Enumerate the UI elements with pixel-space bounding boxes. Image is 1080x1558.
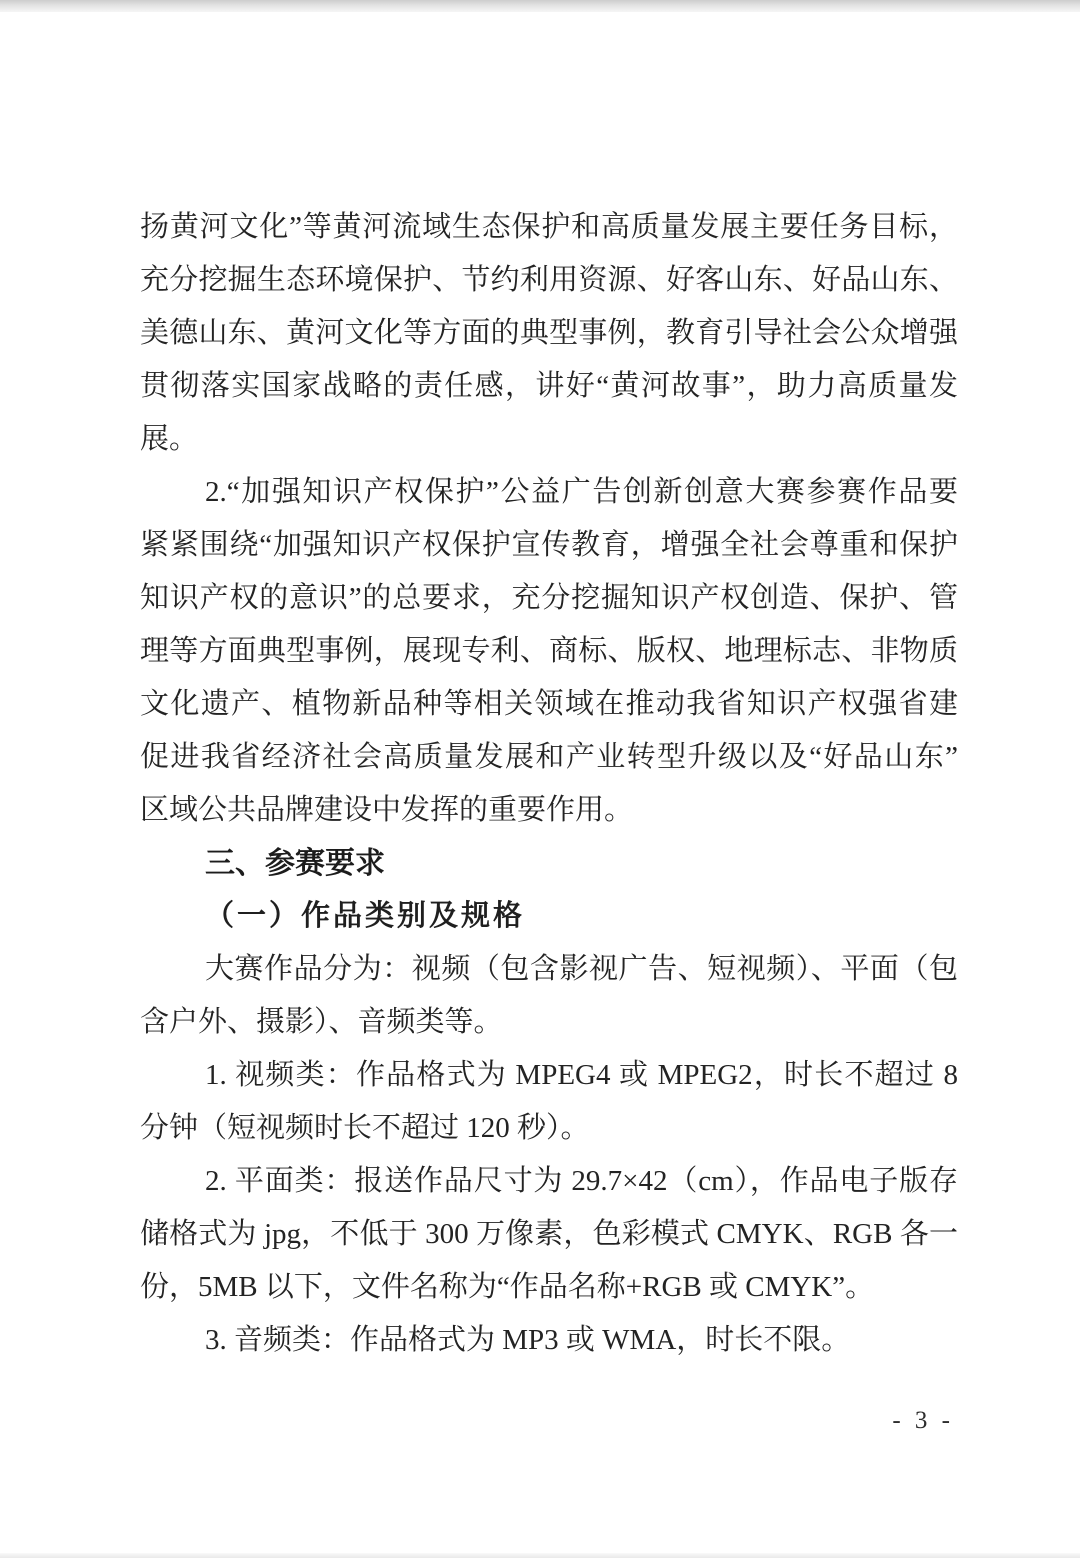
document-line: 促进我省经济社会高质量发展和产业转型升级以及“好品山东” [140,731,958,784]
document-line: 储格式为 jpg，不低于 300 万像素，色彩模式 CMYK、RGB 各一 [140,1208,958,1261]
document-line: 2.“加强知识产权保护”公益广告创新创意大赛参赛作品要 [140,466,958,519]
document-line: 知识产权的意识”的总要求，充分挖掘知识产权创造、保护、管 [140,572,958,625]
document-line: 份，5MB 以下，文件名称为“作品名称+RGB 或 CMYK”。 [140,1261,958,1314]
document-line: 3. 音频类：作品格式为 MP3 或 WMA，时长不限。 [140,1314,958,1367]
document-line: 文化遗产、植物新品种等相关领域在推动我省知识产权强省建设， [140,678,958,731]
document-line: 贯彻落实国家战略的责任感，讲好“黄河故事”，助力高质量发 [140,360,958,413]
document-line: 扬黄河文化”等黄河流域生态保护和高质量发展主要任务目标， [140,201,958,254]
document-line: 展。 [140,413,958,466]
document-line: 2. 平面类：报送作品尺寸为 29.7×42（cm），作品电子版存 [140,1155,958,1208]
page-number: - 3 - [892,1400,954,1442]
document-line: 美德山东、黄河文化等方面的典型事例，教育引导社会公众增强 [140,307,958,360]
scan-edge-bottom [0,1553,1080,1558]
document-line: 理等方面典型事例，展现专利、商标、版权、地理标志、非物质 [140,625,958,678]
document-line: 分钟（短视频时长不超过 120 秒）。 [140,1102,958,1155]
scan-edge-top [0,0,1080,12]
document-line: 紧紧围绕“加强知识产权保护宣传教育，增强全社会尊重和保护 [140,519,958,572]
document-line: 1. 视频类：作品格式为 MPEG4 或 MPEG2，时长不超过 8 [140,1049,958,1102]
document-line: 区域公共品牌建设中发挥的重要作用。 [140,784,958,837]
section-heading: 三、参赛要求 [140,837,958,890]
subsection-heading: （一）作品类别及规格 [140,890,958,943]
document-page: 扬黄河文化”等黄河流域生态保护和高质量发展主要任务目标，充分挖掘生态环境保护、节… [0,0,1080,1558]
document-line: 充分挖掘生态环境保护、节约利用资源、好客山东、好品山东、 [140,254,958,307]
document-line: 含户外、摄影）、音频类等。 [140,996,958,1049]
document-body: 扬黄河文化”等黄河流域生态保护和高质量发展主要任务目标，充分挖掘生态环境保护、节… [140,201,958,1367]
document-line: 大赛作品分为：视频（包含影视广告、短视频）、平面（包 [140,943,958,996]
